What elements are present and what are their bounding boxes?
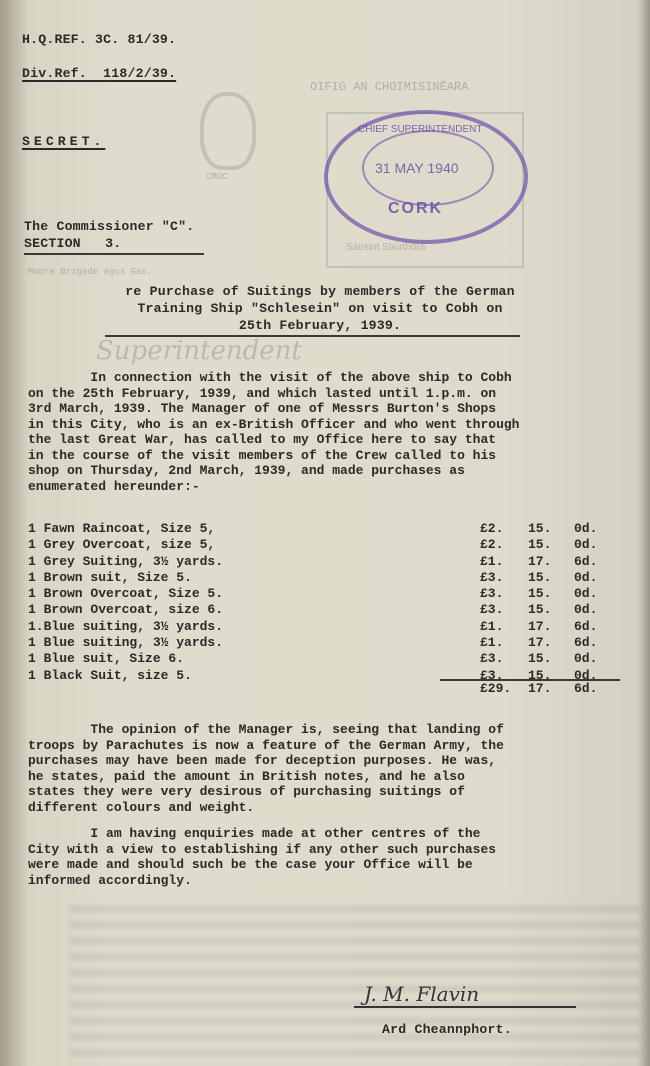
handwritten-annotation: Superintendent bbox=[96, 336, 302, 366]
item-description: 1 Brown Overcoat, Size 5. bbox=[28, 586, 223, 601]
item-shillings: 17. bbox=[528, 635, 551, 650]
addressee-section: SECTION 3. bbox=[24, 236, 121, 251]
item-description: 1 Fawn Raincoat, Size 5, bbox=[28, 521, 215, 536]
classification-marking: SECRET. bbox=[22, 134, 105, 149]
paragraph-2: The opinion of the Manager is, seeing th… bbox=[28, 722, 643, 815]
item-pence: 0d. bbox=[574, 586, 597, 601]
text-line: in this City, who is an ex-British Offic… bbox=[28, 417, 643, 433]
text-line: informed accordingly. bbox=[28, 873, 643, 889]
item-shillings: 15. bbox=[528, 537, 551, 552]
text-line: The opinion of the Manager is, seeing th… bbox=[28, 722, 643, 738]
item-shillings: 15. bbox=[528, 570, 551, 585]
text-line: were made and should such be the case yo… bbox=[28, 857, 643, 873]
list-item: 1 Grey Overcoat, size 5,£2.15.0d. bbox=[28, 537, 628, 553]
item-description: 1.Blue suiting, 3½ yards. bbox=[28, 619, 223, 634]
hq-reference: H.Q.REF. 3C. 81/39. bbox=[22, 32, 176, 47]
text-line: In connection with the visit of the abov… bbox=[28, 370, 643, 386]
item-pounds: £3. bbox=[480, 651, 503, 666]
item-shillings: 15. bbox=[528, 521, 551, 536]
item-pounds: £1. bbox=[480, 619, 503, 634]
stamp-place: CORK bbox=[388, 200, 443, 218]
document-page: OIFIG AN CHOIMISINÉARA CRÚC H.Q.REF. 3C.… bbox=[0, 0, 650, 1066]
item-pence: 6d. bbox=[574, 619, 597, 634]
text-line: the last Great War, has called to my Off… bbox=[28, 432, 643, 448]
item-pounds: £2. bbox=[480, 537, 503, 552]
text-line: purchases may have been made for decepti… bbox=[28, 753, 643, 769]
item-shillings: 17. bbox=[528, 554, 551, 569]
item-pounds: £1. bbox=[480, 635, 503, 650]
paragraph-3: I am having enquiries made at other cent… bbox=[28, 826, 643, 888]
list-item: 1 Brown Overcoat, Size 5.£3.15.0d. bbox=[28, 586, 628, 602]
purchase-list: 1 Fawn Raincoat, Size 5,£2.15.0d. 1 Grey… bbox=[28, 521, 628, 684]
text-line: enumerated hereunder:- bbox=[28, 479, 643, 495]
item-pence: 6d. bbox=[574, 635, 597, 650]
list-item: 1 Brown Overcoat, size 6.£3.15.0d. bbox=[28, 602, 628, 618]
total-amount: £29.17.6d. bbox=[28, 681, 628, 697]
text-line: on the 25th February, 1939, and which la… bbox=[28, 386, 643, 402]
subject-line-1: re Purchase of Suitings by members of th… bbox=[40, 284, 600, 299]
total-pence: 6d. bbox=[574, 681, 597, 696]
text-line: 3rd March, 1939. The Manager of one of M… bbox=[28, 401, 643, 417]
item-description: 1 Blue suiting, 3½ yards. bbox=[28, 635, 223, 650]
list-item: 1 Blue suit, Size 6.£3.15.0d. bbox=[28, 651, 628, 667]
subject-line-2: Training Ship "Schlesein" on visit to Co… bbox=[40, 301, 600, 316]
item-description: 1 Grey Overcoat, size 5, bbox=[28, 537, 215, 552]
item-pounds: £3. bbox=[480, 586, 503, 601]
item-description: 1 Blue suit, Size 6. bbox=[28, 651, 184, 666]
item-pence: 0d. bbox=[574, 521, 597, 536]
item-shillings: 17. bbox=[528, 619, 551, 634]
stamp-top-text: CHIEF SUPERINTENDENT bbox=[358, 124, 482, 135]
item-pence: 0d. bbox=[574, 651, 597, 666]
text-line: City with a view to establishing if any … bbox=[28, 842, 643, 858]
total-row: £29.17.6d. bbox=[28, 681, 628, 697]
total-shillings: 17. bbox=[528, 681, 551, 696]
letterhead-faint: OIFIG AN CHOIMISINÉARA bbox=[310, 80, 468, 94]
harp-emblem-icon bbox=[200, 92, 256, 170]
total-pounds: £29. bbox=[480, 681, 511, 696]
item-pence: 0d. bbox=[574, 570, 597, 585]
signatory-title: Ard Cheannphort. bbox=[382, 1022, 512, 1037]
item-shillings: 15. bbox=[528, 586, 551, 601]
addressee: The Commissioner "C". bbox=[24, 219, 194, 234]
text-line: in the course of the visit members of th… bbox=[28, 448, 643, 464]
signature-line bbox=[354, 1006, 576, 1008]
item-shillings: 15. bbox=[528, 602, 551, 617]
div-reference: Div.Ref. 118/2/39. bbox=[22, 66, 176, 81]
page-shadow bbox=[0, 0, 28, 1066]
text-line: states they were very desirous of purcha… bbox=[28, 784, 643, 800]
stamp-date: 31 MAY 1940 bbox=[375, 160, 459, 176]
text-line: shop on Thursday, 2nd March, 1939, and m… bbox=[28, 463, 643, 479]
item-pounds: £3. bbox=[480, 602, 503, 617]
item-description: 1 Brown Overcoat, size 6. bbox=[28, 602, 223, 617]
paragraph-1: In connection with the visit of the abov… bbox=[28, 370, 643, 494]
text-line: different colours and weight. bbox=[28, 800, 643, 816]
bleed-through-text bbox=[70, 905, 640, 1066]
item-pence: 0d. bbox=[574, 602, 597, 617]
list-item: 1.Blue suiting, 3½ yards.£1.17.6d. bbox=[28, 619, 628, 635]
item-description: 1 Brown suit, Size 5. bbox=[28, 570, 192, 585]
faint-note: Moore Brigade agus Gas. bbox=[28, 267, 152, 277]
list-item: 1 Fawn Raincoat, Size 5,£2.15.0d. bbox=[28, 521, 628, 537]
list-item: 1 Brown suit, Size 5.£3.15.0d. bbox=[28, 570, 628, 586]
item-pence: 6d. bbox=[574, 554, 597, 569]
harp-label: CRÚC bbox=[206, 172, 228, 182]
item-pounds: £1. bbox=[480, 554, 503, 569]
subject-line-3: 25th February, 1939. bbox=[40, 318, 600, 333]
item-shillings: 15. bbox=[528, 651, 551, 666]
item-description: 1 Grey Suiting, 3½ yards. bbox=[28, 554, 223, 569]
text-line: I am having enquiries made at other cent… bbox=[28, 826, 643, 842]
text-line: troops by Parachutes is now a feature of… bbox=[28, 738, 643, 754]
item-pence: 0d. bbox=[574, 537, 597, 552]
stamp-bottom-text: Sáirsint Stiúrthóra bbox=[346, 242, 425, 253]
list-item: 1 Grey Suiting, 3½ yards.£1.17.6d. bbox=[28, 554, 628, 570]
item-pounds: £3. bbox=[480, 570, 503, 585]
text-line: he states, paid the amount in British no… bbox=[28, 769, 643, 785]
list-item: 1 Blue suiting, 3½ yards.£1.17.6d. bbox=[28, 635, 628, 651]
item-pounds: £2. bbox=[480, 521, 503, 536]
signature: J. M. Flavin bbox=[364, 982, 479, 1006]
addressee-underline bbox=[24, 253, 204, 255]
